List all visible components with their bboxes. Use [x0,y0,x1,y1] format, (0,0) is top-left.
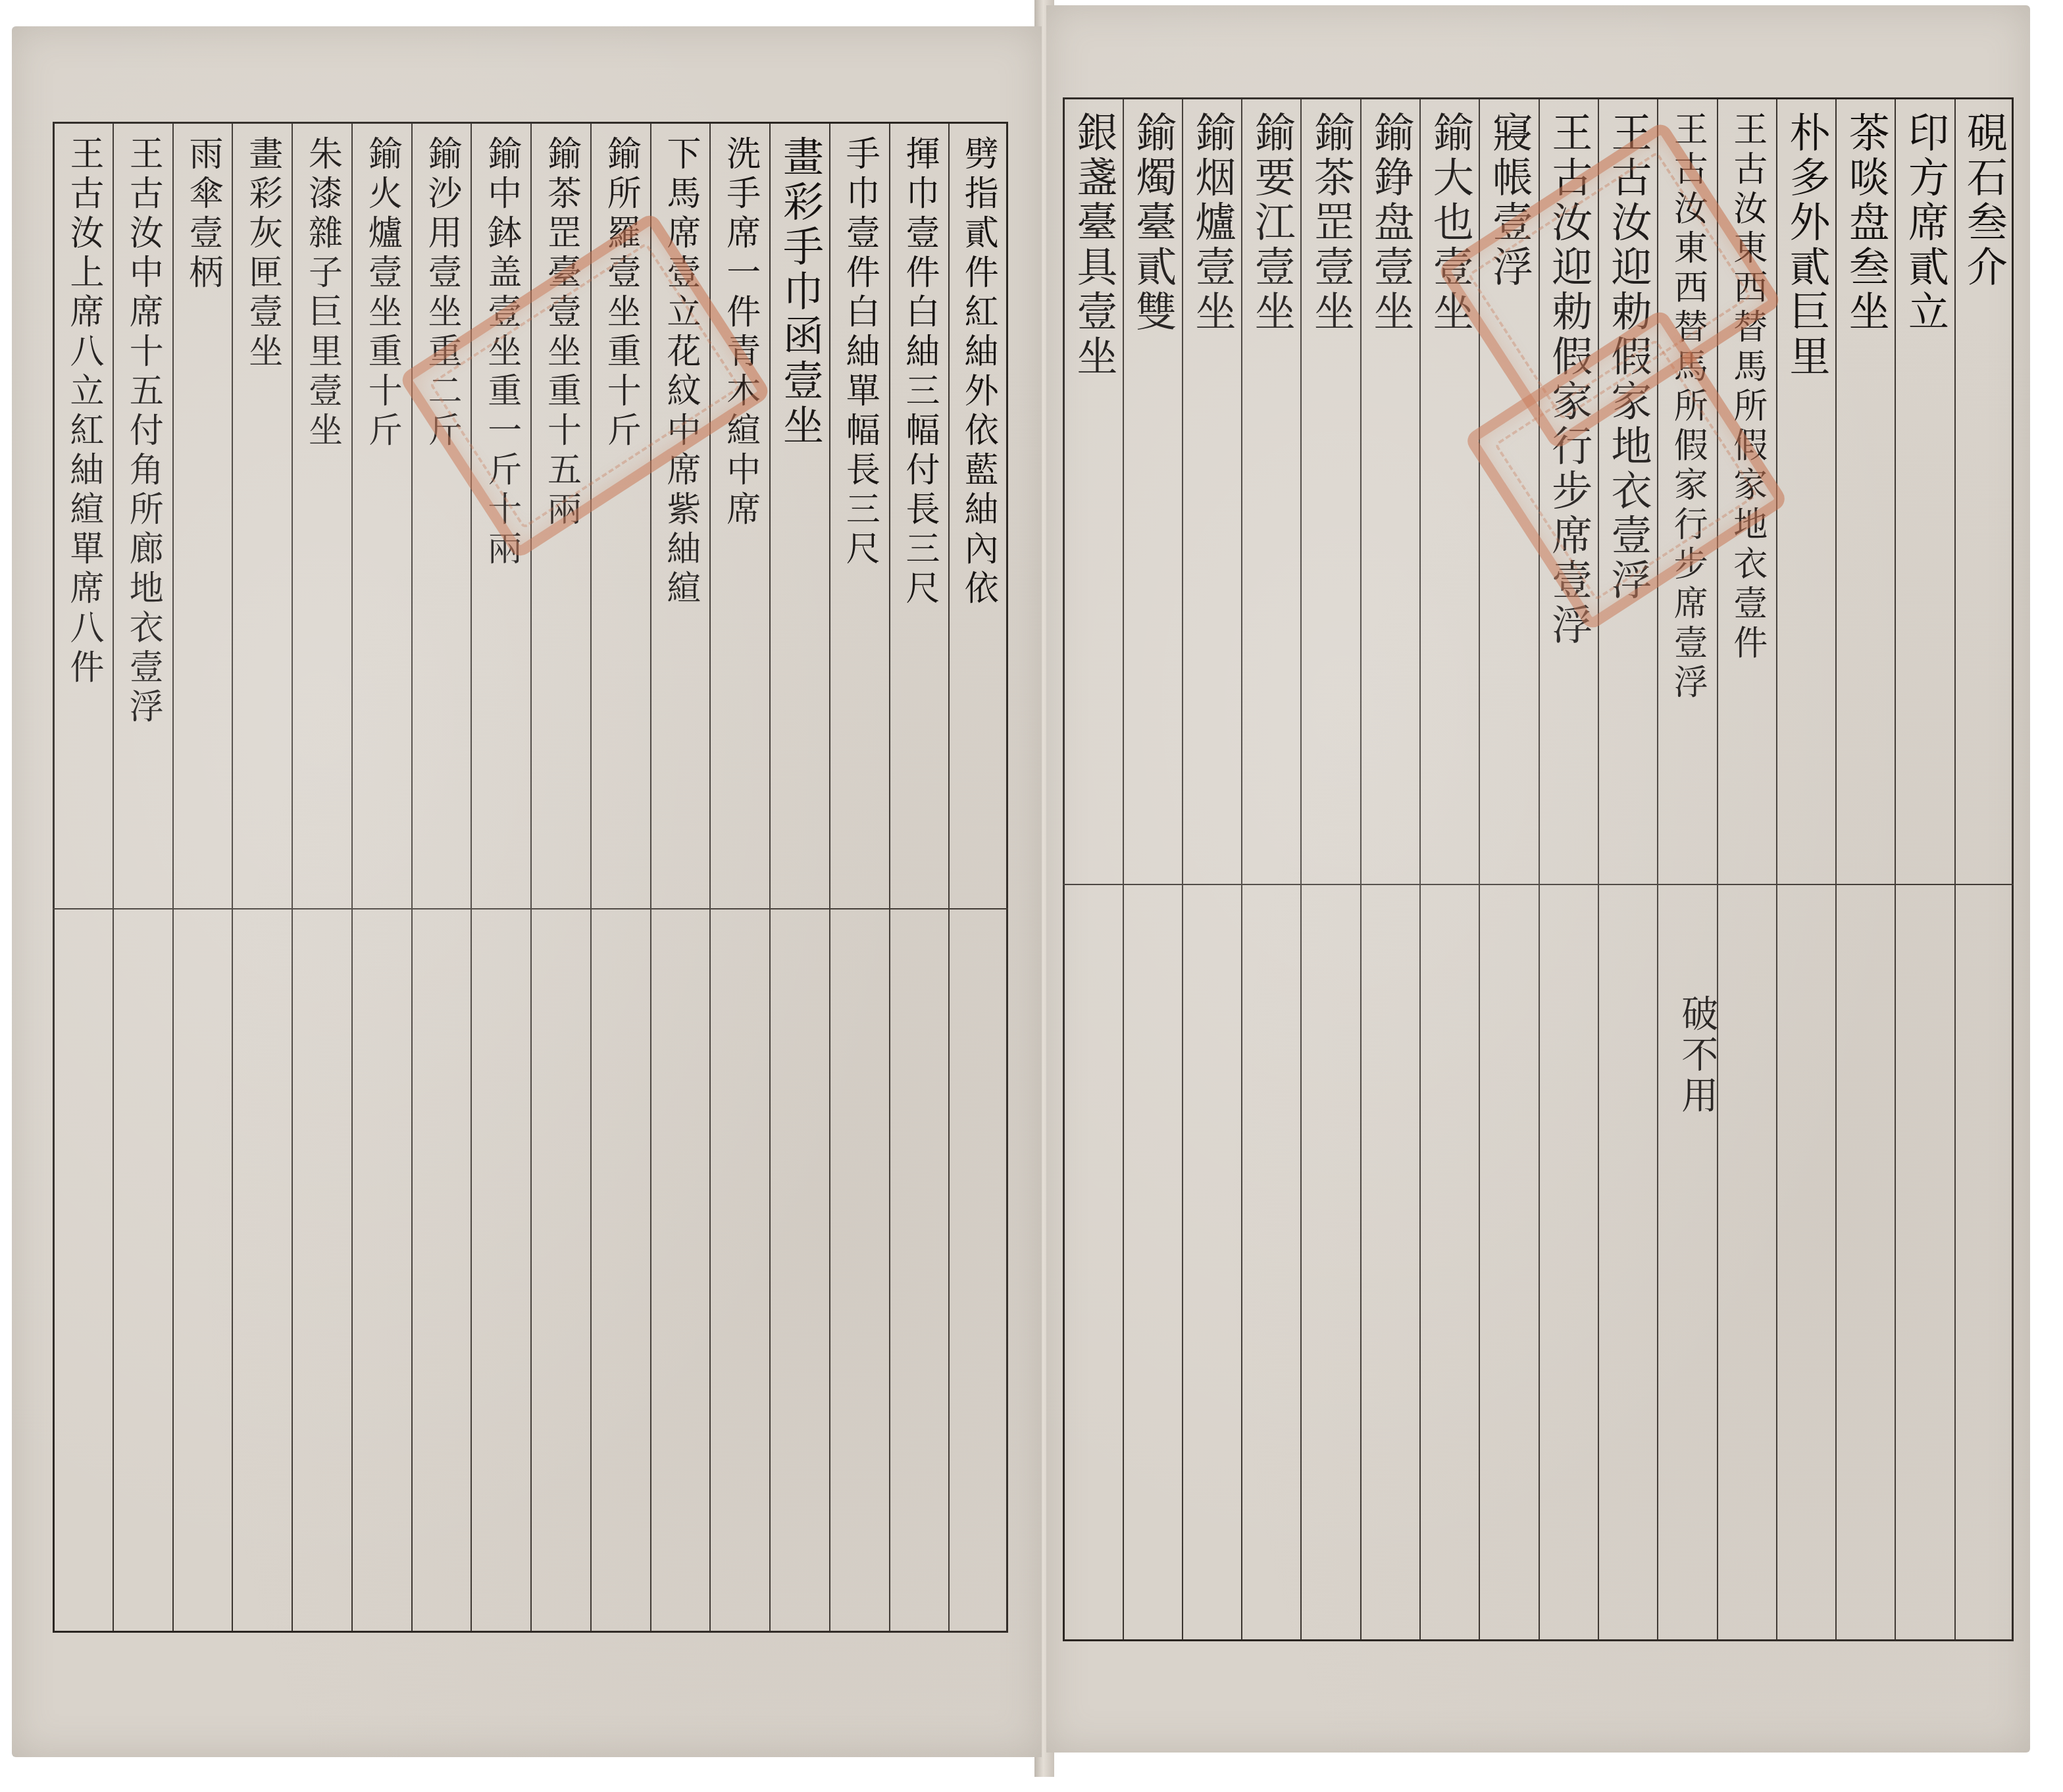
inventory-entry: 畫彩手巾函壹坐 [779,136,820,449]
column: 畫彩灰匣壹坐 [232,124,292,1631]
inventory-entry: 朱漆雜子巨里壹坐 [305,136,339,451]
right-page: 硯石叁介 印方席貳立 茶啖盘叁坐 朴多外貳巨里 王古汝東西替馬所假家地衣壹件 王… [1046,5,2030,1753]
inventory-entry: 鍮燭臺貳雙 [1133,111,1173,335]
manuscript-spread: 劈指貳件紅紬外依藍紬內依 揮巾壹件白紬三幅付長三尺 手巾壹件白紬單幅長三尺 畫彩… [0,0,2063,1792]
inventory-entry: 鍮茶罡壹坐 [1311,111,1352,335]
column: 王古汝上席八立紅紬縇單席八件 [53,124,113,1631]
column: 茶啖盘叁坐 [1835,99,1895,1639]
column: 鍮烟爐壹坐 [1182,99,1241,1639]
inventory-entry: 硯石叁介 [1963,111,2004,290]
column: 印方席貳立 [1895,99,1954,1639]
inventory-entry: 揮巾壹件白紬三幅付長三尺 [902,136,936,609]
column: 畫彩手巾函壹坐 [769,124,829,1631]
column: 王古汝中席十五付角所廊地衣壹浮 [113,124,172,1631]
inventory-entry: 雨傘壹柄 [186,136,220,294]
column: 朱漆雜子巨里壹坐 [292,124,351,1631]
column: 鍮大也壹坐 [1419,99,1479,1639]
inventory-entry: 鍮要江壹坐 [1251,111,1292,335]
column: 鍮火爐壹坐重十斤 [351,124,411,1631]
inventory-entry: 銀盞臺具壹坐 [1073,111,1114,380]
column: 劈指貳件紅紬外依藍紬內依 [948,124,1008,1631]
column: 手巾壹件白紬單幅長三尺 [829,124,889,1631]
column: 鍮茶罡壹坐 [1300,99,1360,1639]
inventory-entry: 朴多外貳巨里 [1786,111,1827,380]
left-page: 劈指貳件紅紬外依藍紬內依 揮巾壹件白紬三幅付長三尺 手巾壹件白紬單幅長三尺 畫彩… [12,26,1042,1757]
column: 鍮要江壹坐 [1241,99,1300,1639]
inventory-entry: 鍮烟爐壹坐 [1192,111,1233,335]
column: 揮巾壹件白紬三幅付長三尺 [889,124,949,1631]
inventory-entry: 畫彩灰匣壹坐 [245,136,280,372]
inventory-entry: 王古汝東西替馬所假家地衣壹件 [1730,111,1764,664]
inventory-entry: 劈指貳件紅紬外依藍紬內依 [961,136,995,609]
inventory-entry: 王古汝中席十五付角所廊地衣壹浮 [126,136,160,728]
horizontal-rule [1063,884,2014,885]
inventory-entry: 王古汝上席八立紅紬縇單席八件 [66,136,101,688]
column: 鍮錚盘壹坐 [1360,99,1419,1639]
inventory-entry: 手巾壹件白紬單幅長三尺 [842,136,877,570]
inventory-entry: 印方席貳立 [1905,111,1946,335]
horizontal-rule [53,908,1008,909]
inventory-entry: 鍮火爐壹坐重十斤 [365,136,399,451]
column: 鍮燭臺貳雙 [1123,99,1182,1639]
column: 雨傘壹柄 [172,124,232,1631]
column: 朴多外貳巨里 [1776,99,1835,1639]
inventory-entry: 茶啖盘叁坐 [1845,111,1886,335]
annotation-note: 破不用 [1670,994,1723,1117]
column: 銀盞臺具壹坐 [1063,99,1122,1639]
column: 硯石叁介 [1954,99,2014,1639]
inventory-entry: 鍮錚盘壹坐 [1370,111,1411,335]
